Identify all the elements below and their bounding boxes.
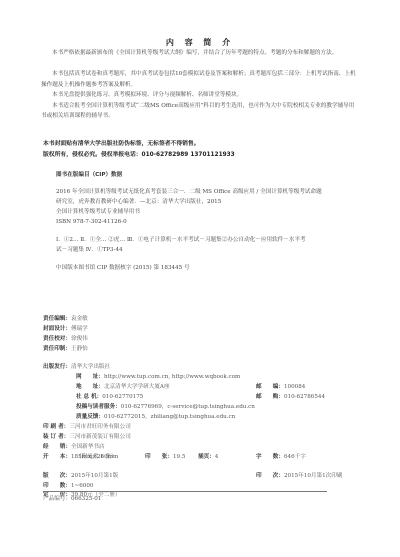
divider [43,491,327,492]
mail-order-value: 010-62786544 [284,394,325,400]
cip-heading: 图书在版编目（CIP）数据 [56,170,122,178]
cip-classification-1: Ⅰ．①2… Ⅱ．①全… ②虎… Ⅲ．①电子计算机－水平考试－习题集②办公自动化－… [56,235,306,246]
summary-title: 内 容 简 介 [0,37,400,48]
format-label: 开 本： [43,454,71,460]
staff-value: 王静怡 [71,346,88,352]
cip-line-1: 2016 年全国计算机等级考试无纸化真考套装三合一．二级 MS Office 高… [56,187,322,198]
impression-value: 2015年10月第1次印刷 [284,473,342,479]
cip-classification-2: 试－习题集 Ⅳ．①TP3-44 [56,245,123,256]
summary-paragraph-2: 本书包括真考试卷和真考题库，其中真考试卷包括10套模拟试卷及答案和解析；真考题库… [41,69,359,90]
cip-isbn: ISBN 978-7-302-41126-0 [56,217,127,228]
cip-library-number: 中国版本图书馆 CIP 数据核字 (2015) 第 183445 号 [56,263,190,274]
sheets-label: 印 张： [145,454,173,460]
inserts-label: 插页： [198,454,215,460]
staff-label: 责任印制： [43,346,71,352]
mail-order-row: 邮 购：010-62786544 [256,383,325,402]
anti-counterfeit-notice: 本书封面贴有清华大学出版社防伪标签，无标签者不得销售。 [43,138,200,147]
inserts-value: 4 [215,454,219,460]
summary-paragraph-4: 本书适合报考全国计算机等级考试“二级MS Office高级应用”科目的考生选用，… [41,101,359,122]
word-count-row: 字 数：646千字 [256,443,306,462]
summary-paragraph-3: 本书光盘提供强化练习、真考模拟环境、评分与视频解析、名师讲堂等模块。 [41,90,359,101]
impression-label: 印 次： [256,473,284,479]
word-count-value: 646千字 [284,454,306,460]
summary-paragraph-1: 本书严格依据最新颁布的《全国计算机等级考试大纲》编写，并结合了历年考题的特点、考… [41,48,359,59]
impression-row: 印 次：2015年10月第1次印刷 [256,462,342,481]
inserts-row: 插页：4 [198,443,218,462]
product-code: 产品编号：066325-01 [43,494,101,502]
sheets-row: 印 张：19.5 [145,443,185,462]
staff-print-manager: 责任印制：王静怡 [43,335,88,354]
cip-line-3: 全国计算机等级考试专业辅导用书 [56,207,140,218]
mail-order-label: 邮 购： [256,394,284,400]
copyright-notice: 版权所有，侵权必究。侵权举报电话：010-62782989 1370112193… [43,149,235,158]
sheets-value: 19.5 [173,454,185,460]
publisher-label: 出版发行： [43,364,71,370]
word-count-label: 字 数： [256,454,284,460]
cip-line-2: 研究室，虎奔教育教研中心编著．—北京：清华大学出版社，2015 [56,197,221,208]
format-note: （附光盘 1 张） [76,452,117,460]
